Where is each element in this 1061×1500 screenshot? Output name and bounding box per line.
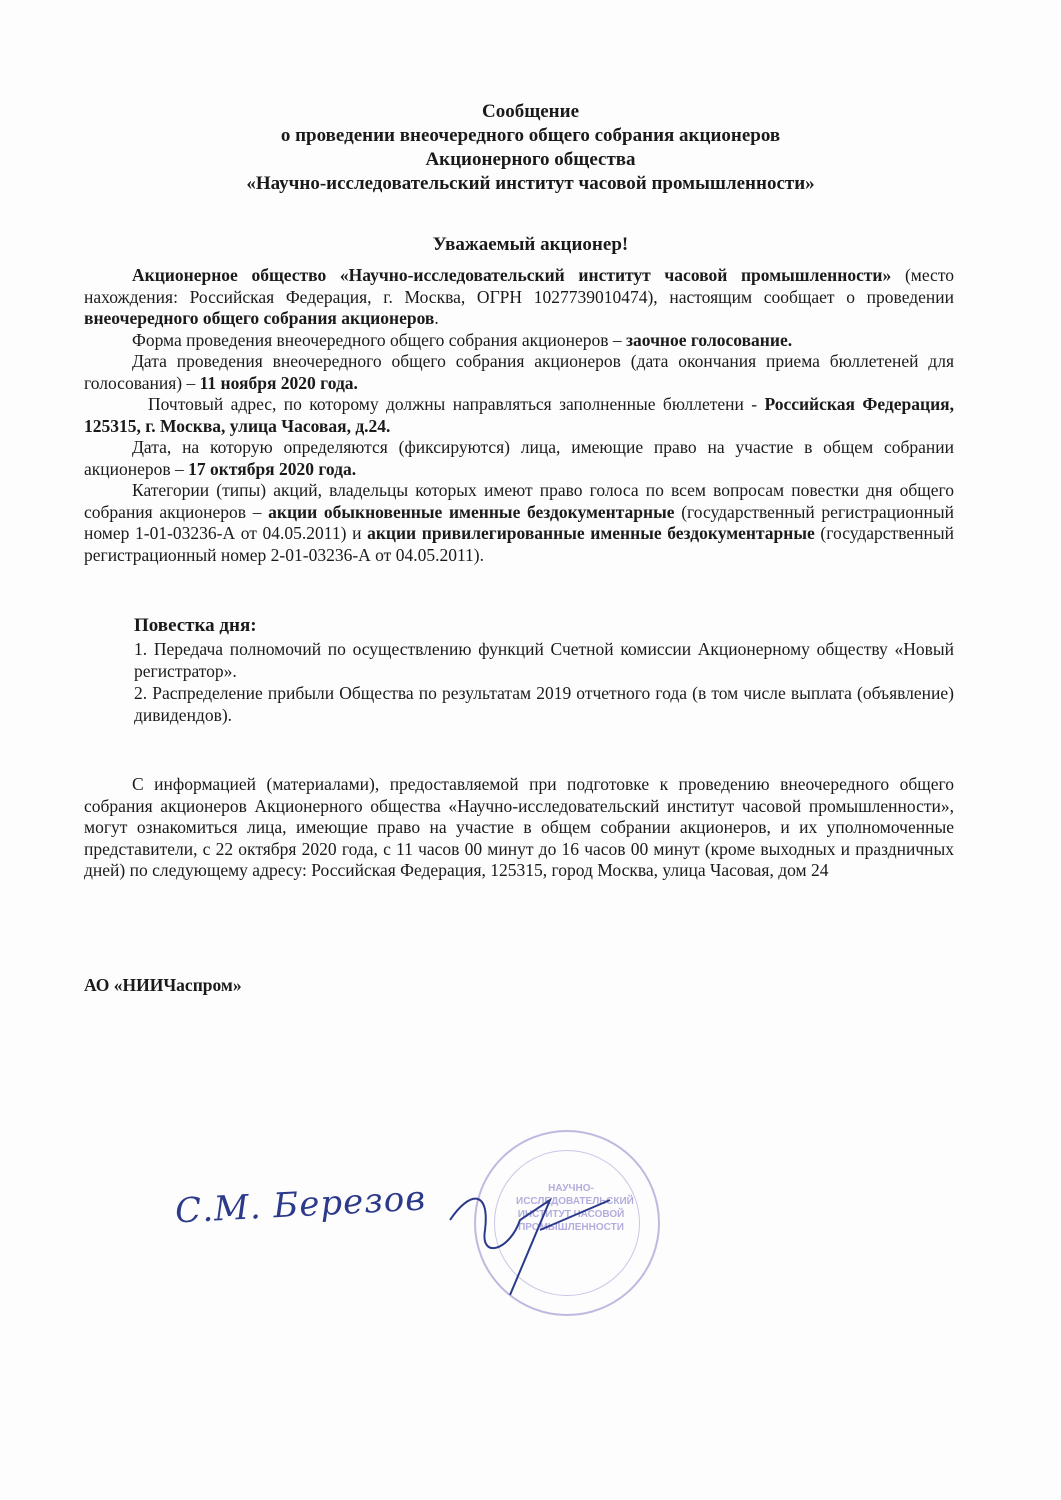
form-paragraph: Форма проведения внеочередного общего со… (84, 330, 954, 352)
materials-block: С информацией (материалами), предоставля… (84, 774, 954, 882)
date-value: 11 ноября 2020 года. (200, 373, 358, 393)
intro-paragraph: Акционерное общество «Научно-исследовате… (84, 265, 954, 330)
form-label: Форма проведения внеочередного общего со… (132, 330, 626, 350)
handwritten-signature: С.М. Березов (174, 1178, 427, 1231)
organization-name: АО «НИИЧаспром» (84, 975, 242, 996)
title-line: Сообщение (0, 100, 1061, 124)
agenda-list: 1. Передача полномочий по осуществлению … (134, 638, 954, 726)
form-value: заочное голосование. (626, 330, 792, 350)
ordinary-shares: акции обыкновенные именные бездокументар… (268, 502, 674, 522)
address-paragraph: Почтовый адрес, по которому должны напра… (84, 394, 954, 437)
greeting: Уважаемый акционер! (0, 234, 1061, 256)
document-page: Сообщение о проведении внеочередного общ… (0, 0, 1061, 1500)
shares-paragraph: Категории (типы) акций, владельцы которы… (84, 480, 954, 566)
record-date-paragraph: Дата, на которую определяются (фиксируют… (84, 437, 954, 480)
agenda-title: Повестка дня: (134, 615, 257, 637)
signature-stroke-icon (430, 1160, 630, 1300)
materials-paragraph: С информацией (материалами), предоставля… (84, 774, 954, 882)
record-date-value: 17 октября 2020 года. (188, 459, 356, 479)
title-line: о проведении внеочередного общего собран… (0, 124, 1061, 148)
preferred-shares: акции привилегированные именные бездокум… (367, 523, 815, 543)
meeting-type: внеочередного общего собрания акционеров (84, 308, 434, 328)
document-title: Сообщение о проведении внеочередного общ… (0, 100, 1061, 196)
intro-end: . (434, 308, 438, 328)
address-label: Почтовый адрес, по которому должны напра… (148, 394, 764, 414)
date-paragraph: Дата проведения внеочередного общего соб… (84, 351, 954, 394)
title-line: Акционерного общества (0, 148, 1061, 172)
agenda-item: 2. Распределение прибыли Общества по рез… (134, 682, 954, 726)
notice-body: Акционерное общество «Научно-исследовате… (84, 265, 954, 566)
title-line: «Научно-исследовательский институт часов… (0, 172, 1061, 196)
company-name: Акционерное общество «Научно-исследовате… (132, 265, 891, 285)
agenda-item: 1. Передача полномочий по осуществлению … (134, 638, 954, 682)
